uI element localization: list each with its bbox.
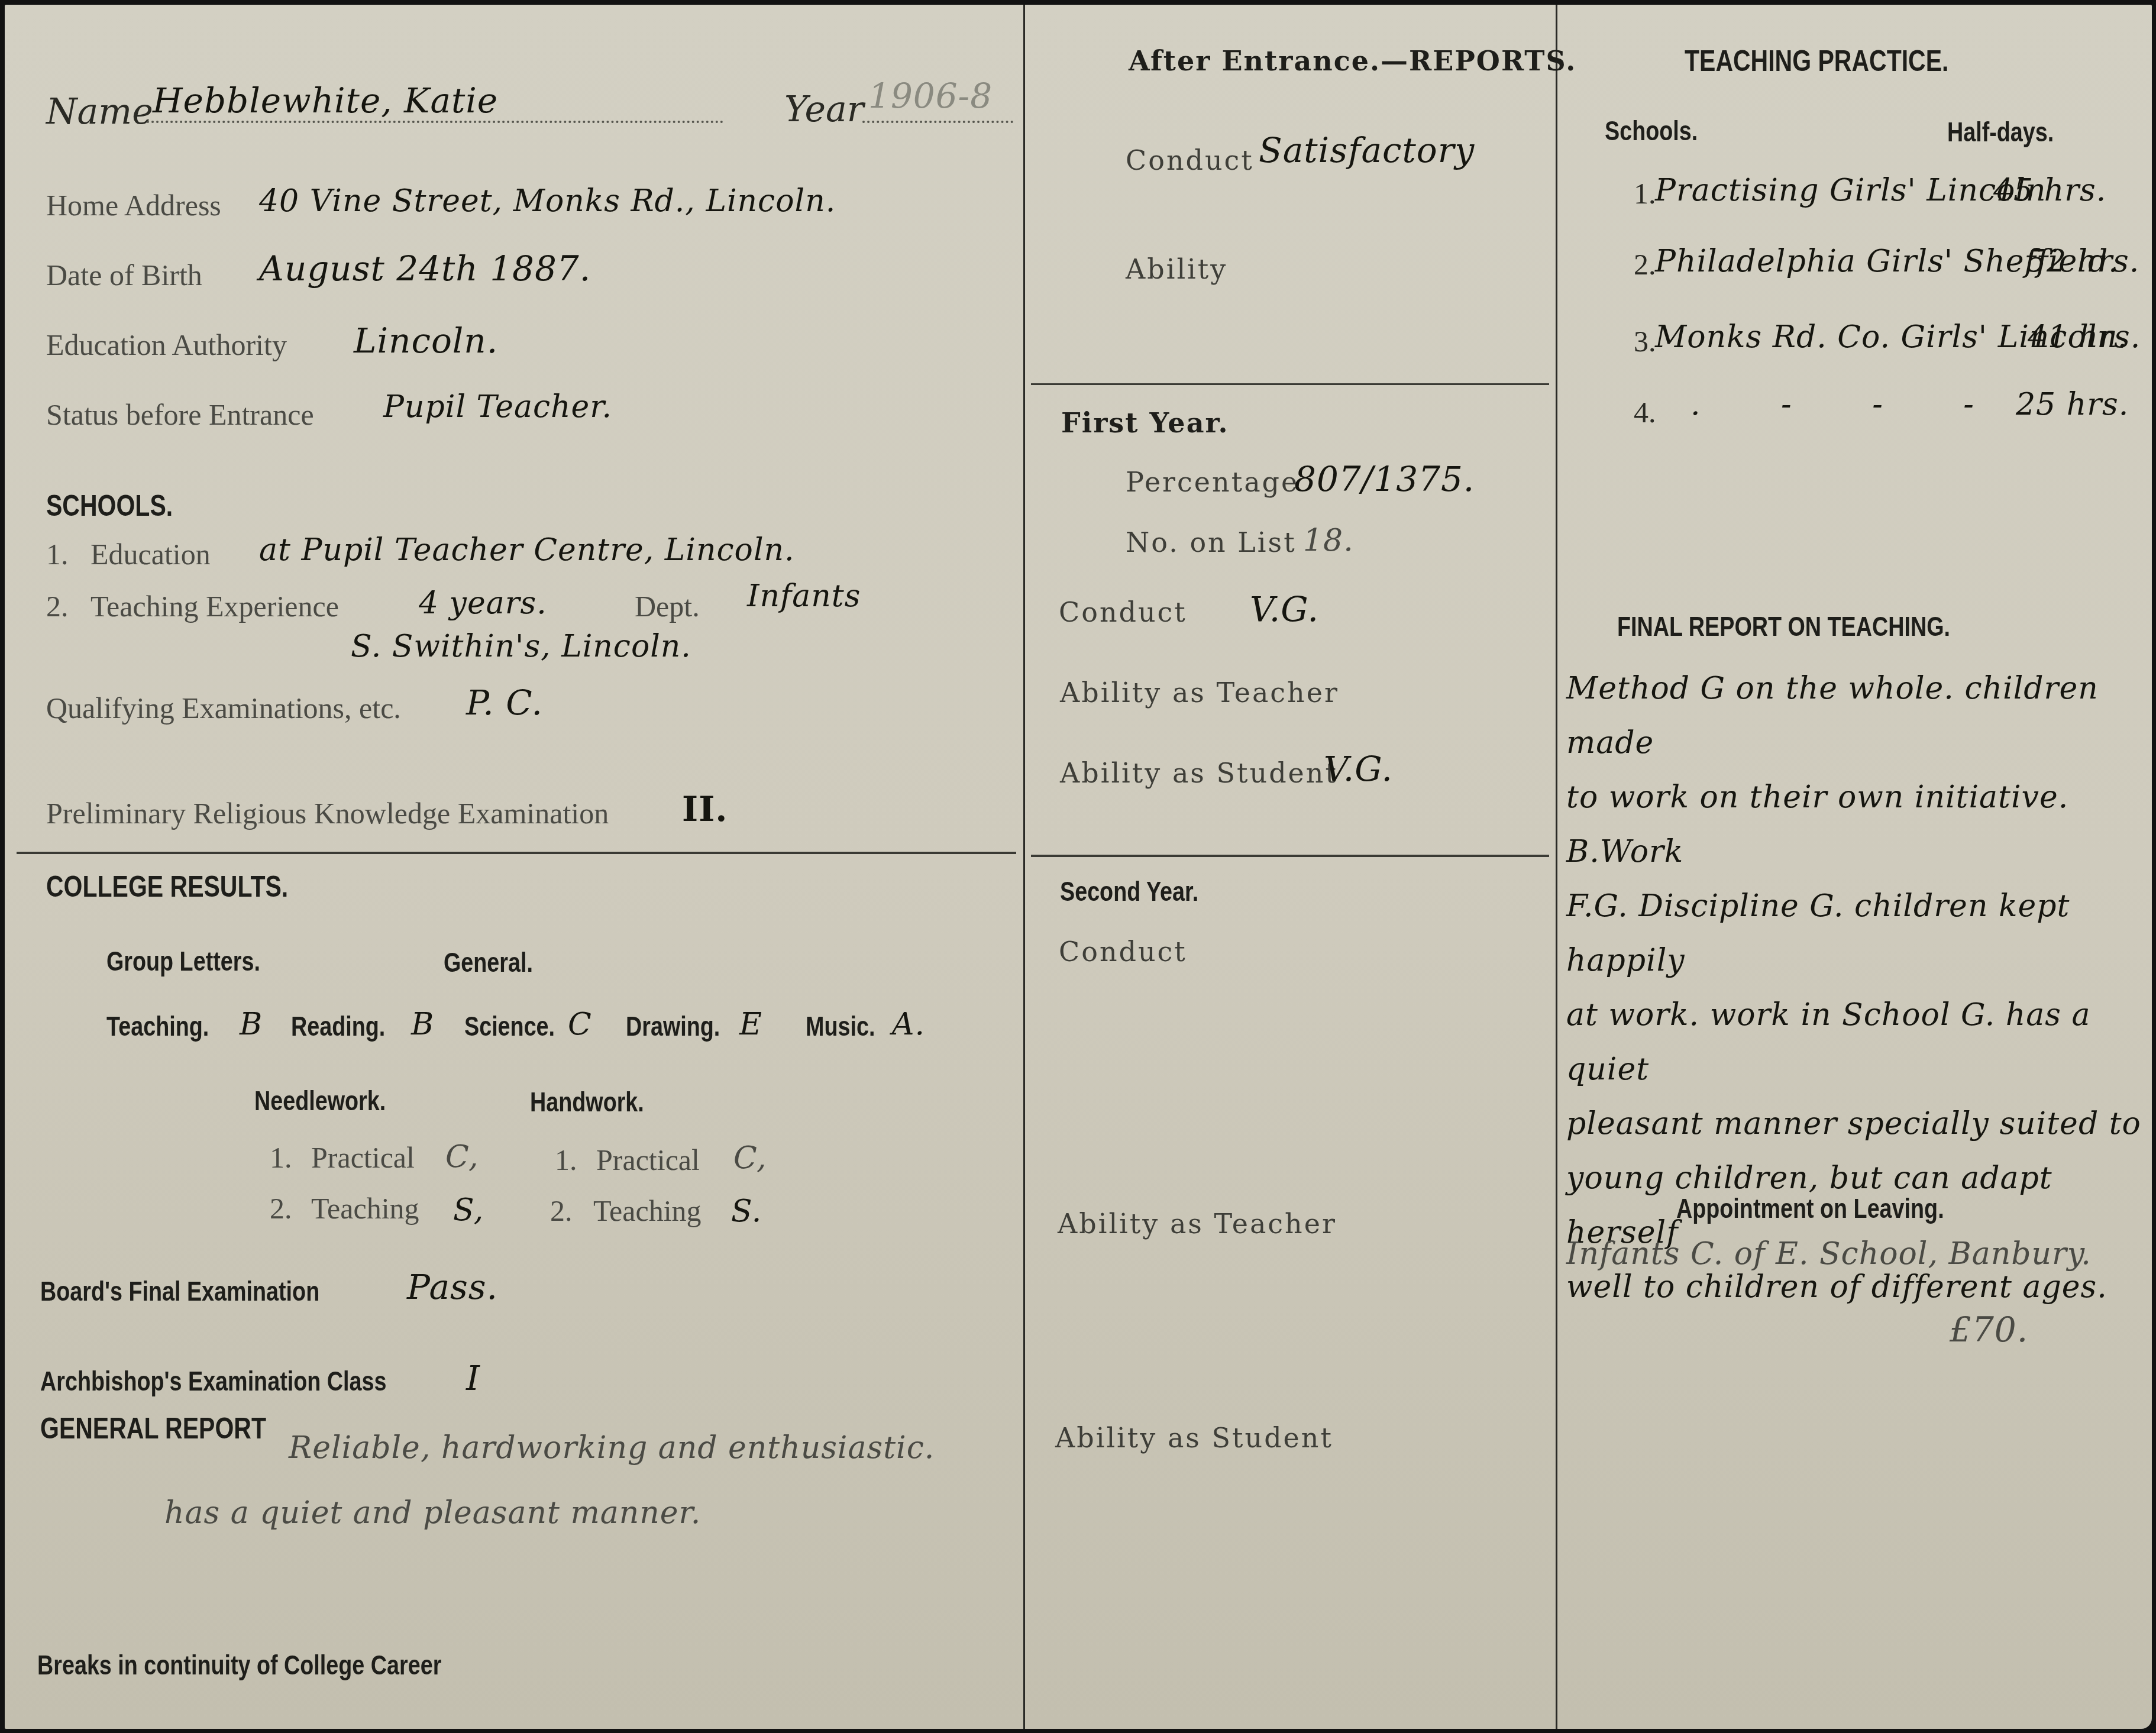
religious-value: II. [682,789,728,829]
tp-row-hours: 41 hrs. [2028,319,2141,355]
tp-row-num: 3. [1634,324,1656,358]
needlework-practical-label: Practical [311,1140,415,1175]
needlework-teaching-grade: S, [453,1192,484,1228]
tp-row-school: . - - - [1690,387,2009,422]
experience-num: 2. [46,589,69,623]
dob-value: August 24th 1887. [259,248,591,289]
first-year-student-value: V.G. [1324,749,1393,789]
second-year-conduct-label: Conduct [1059,936,1187,968]
education-authority-value: Lincoln. [354,321,498,361]
name-value: Hebblewhite, Katie [153,80,498,121]
experience-label: Teaching Experience [90,589,339,623]
education-num: 1. [46,537,69,571]
rule-left-schools-end [17,852,1016,854]
archbishop-label: Archbishop's Examination Class [40,1365,386,1397]
subject-label-science: Science. [464,1010,555,1042]
after-entrance-conduct-label: Conduct [1126,144,1254,176]
tp-row-hours: 52 hrs. [2026,244,2139,279]
religious-label: Preliminary Religious Knowledge Examinat… [46,796,609,830]
subject-label-reading: Reading. [291,1010,385,1042]
handwork-teaching-label: Teaching [593,1194,702,1228]
boards-final-label: Board's Final Examination [40,1275,319,1307]
subject-label-teaching: Teaching. [106,1010,209,1042]
column-divider-left [1023,5,1025,1729]
first-year-list-label: No. on List [1126,526,1297,558]
needlework-practical-num: 1. [270,1140,292,1175]
final-report-line: Method G on the whole. children made [1566,661,2152,770]
first-year-percentage-value: 807/1375. [1294,459,1475,499]
subject-grade-reading: B [411,1007,434,1042]
rule-mid-after-entrance-end [1031,383,1549,385]
general-report-line-2: has a quiet and pleasant manner. [164,1495,701,1531]
final-report-heading: FINAL REPORT ON TEACHING. [1617,610,1950,642]
first-year-student-label: Ability as Student [1060,757,1338,789]
appointment-value: Infants C. of E. School, Banbury. [1566,1236,2092,1272]
year-value: 1906-8 [868,76,993,116]
experience-school: S. Swithin's, Lincoln. [351,629,691,664]
needlework-teaching-num: 2. [270,1191,292,1226]
second-year-student-label: Ability as Student [1055,1422,1333,1454]
experience-value: 4 years. [419,586,547,621]
tp-schools-label: Schools. [1605,115,1698,147]
first-year-heading: First Year. [1061,407,1229,439]
after-entrance-ability-label: Ability [1126,253,1227,285]
handwork-practical-grade: C, [733,1140,767,1176]
schools-heading: SCHOOLS. [46,489,173,523]
handwork-teaching-grade: S. [731,1194,762,1229]
needlework-teaching-label: Teaching [311,1191,419,1226]
after-entrance-conduct-value: Satisfactory [1259,130,1475,170]
dept-label: Dept. [635,589,700,623]
appointment-heading: Appointment on Leaving. [1676,1192,1944,1224]
subject-grade-music: A. [892,1007,925,1042]
general-report-label: GENERAL REPORT [40,1411,266,1446]
first-year-teacher-label: Ability as Teacher [1060,677,1339,709]
first-year-conduct-label: Conduct [1059,596,1187,628]
tp-row-num: 1. [1634,176,1656,211]
year-label: Year [784,89,864,130]
general-report-line-1: Reliable, hardworking and enthusiastic. [289,1430,935,1466]
home-address-label: Home Address [46,188,221,222]
subject-grade-drawing: E [739,1007,762,1042]
subject-label-music: Music. [806,1010,875,1042]
education-authority-label: Education Authority [46,328,287,362]
handwork-practical-num: 1. [555,1143,577,1177]
dob-label: Date of Birth [46,258,202,292]
status-label: Status before Entrance [46,397,314,432]
second-year-teacher-label: Ability as Teacher [1058,1208,1337,1240]
tp-halfdays-label: Half-days. [1947,116,2054,148]
second-year-heading: Second Year. [1060,875,1198,907]
tp-row-num: 2. [1634,247,1656,282]
education-value: at Pupil Teacher Centre, Lincoln. [259,532,795,568]
subject-grade-science: C [568,1007,592,1042]
first-year-conduct-value: V.G. [1250,589,1319,629]
column-divider-right [1556,5,1557,1729]
record-card: Name Hebblewhite, Katie Year 1906-8 Home… [5,5,2152,1729]
first-year-percentage-label: Percentage [1126,466,1299,498]
handwork-practical-label: Practical [596,1143,700,1177]
name-field-line [147,121,723,123]
handwork-label: Handwork. [530,1086,644,1118]
group-letters-label: Group Letters. [106,945,260,977]
subject-grade-teaching: B [240,1007,263,1042]
status-value: Pupil Teacher. [383,389,612,425]
subject-label-drawing: Drawing. [626,1010,720,1042]
general-label: General. [444,946,533,978]
tp-row-num: 4. [1634,395,1656,429]
needlework-practical-grade: C, [445,1139,479,1175]
final-report-line: at work. work in School G. has a quiet [1566,988,2152,1097]
archbishop-value: I [466,1358,480,1398]
breaks-label: Breaks in continuity of College Career [37,1649,441,1681]
rule-mid-first-year-end [1031,855,1549,857]
appointment-salary: £70. [1950,1310,2028,1350]
handwork-teaching-num: 2. [550,1194,573,1228]
teaching-practice-heading: TEACHING PRACTICE. [1685,44,1948,78]
reports-heading: After Entrance.—REPORTS. [1129,45,1576,77]
first-year-list-value: 18. [1303,523,1354,558]
tp-row-school: Practising Girls' Lincoln [1655,173,2047,208]
boards-final-value: Pass. [407,1267,498,1307]
needlework-label: Needlework. [254,1085,386,1117]
college-results-heading: COLLEGE RESULTS. [46,869,288,904]
qualifying-value: P. C. [466,683,543,723]
tp-row-hours: 25 hrs. [2016,387,2129,422]
tp-row-hours: 45 hrs. [1993,173,2106,208]
final-report-line: F.G. Discipline G. children kept happily [1566,879,2152,988]
final-report-line: pleasant manner specially suited to [1566,1097,2152,1151]
home-address-value: 40 Vine Street, Monks Rd., Lincoln. [259,183,836,219]
education-label: Education [90,537,211,571]
final-report-line: to work on their own initiative. B.Work [1566,770,2152,879]
year-field-line [862,121,1013,123]
dept-value: Infants [747,578,861,614]
qualifying-label: Qualifying Examinations, etc. [46,691,401,725]
name-label: Name [46,91,153,132]
